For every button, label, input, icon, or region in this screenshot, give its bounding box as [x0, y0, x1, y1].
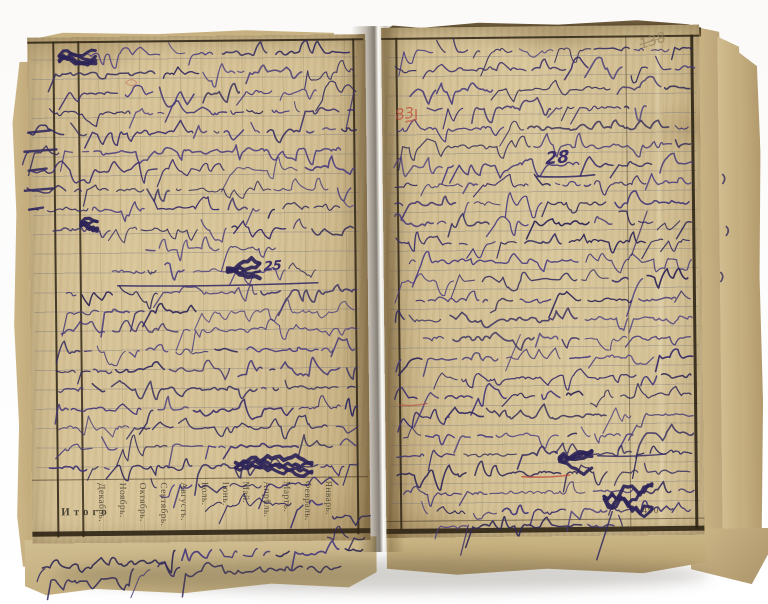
open-notebook: Декабрь.Ноябрь.Октябрь.Сентябрь.Августъ.…: [0, 0, 768, 604]
month-label: Февраль.: [302, 481, 312, 521]
month-label: Январь.: [322, 481, 332, 515]
month-label: Мартъ.: [281, 481, 291, 512]
photograph-background: Декабрь.Ноябрь.Октябрь.Сентябрь.Августъ.…: [0, 0, 768, 604]
month-label: Май.: [240, 481, 250, 503]
month-label: Іюль.: [199, 482, 209, 506]
ledger-columns: [77, 39, 357, 531]
book-cast-shadow: [50, 558, 710, 592]
right-page: 83 138 490 28: [381, 25, 704, 538]
month-label: Ноябрь.: [116, 483, 126, 518]
month-label: Апрѣль.: [261, 481, 271, 517]
handwritten-number-25: 25: [263, 258, 281, 275]
totals-label: Итого: [61, 506, 111, 519]
month-label: Іюнь.: [219, 482, 229, 506]
month-label: Сентябрь.: [158, 482, 168, 526]
ledger-columns: [395, 36, 695, 521]
printed-corner-number: 490: [642, 506, 659, 516]
handwritten-date-28: 28: [545, 147, 569, 169]
red-page-stamp: 83: [394, 104, 415, 124]
left-page: Декабрь.Ноябрь.Октябрь.Сентябрь.Августъ.…: [27, 34, 370, 544]
month-label: Августъ.: [178, 482, 188, 521]
month-label: Октябрь.: [137, 482, 147, 521]
